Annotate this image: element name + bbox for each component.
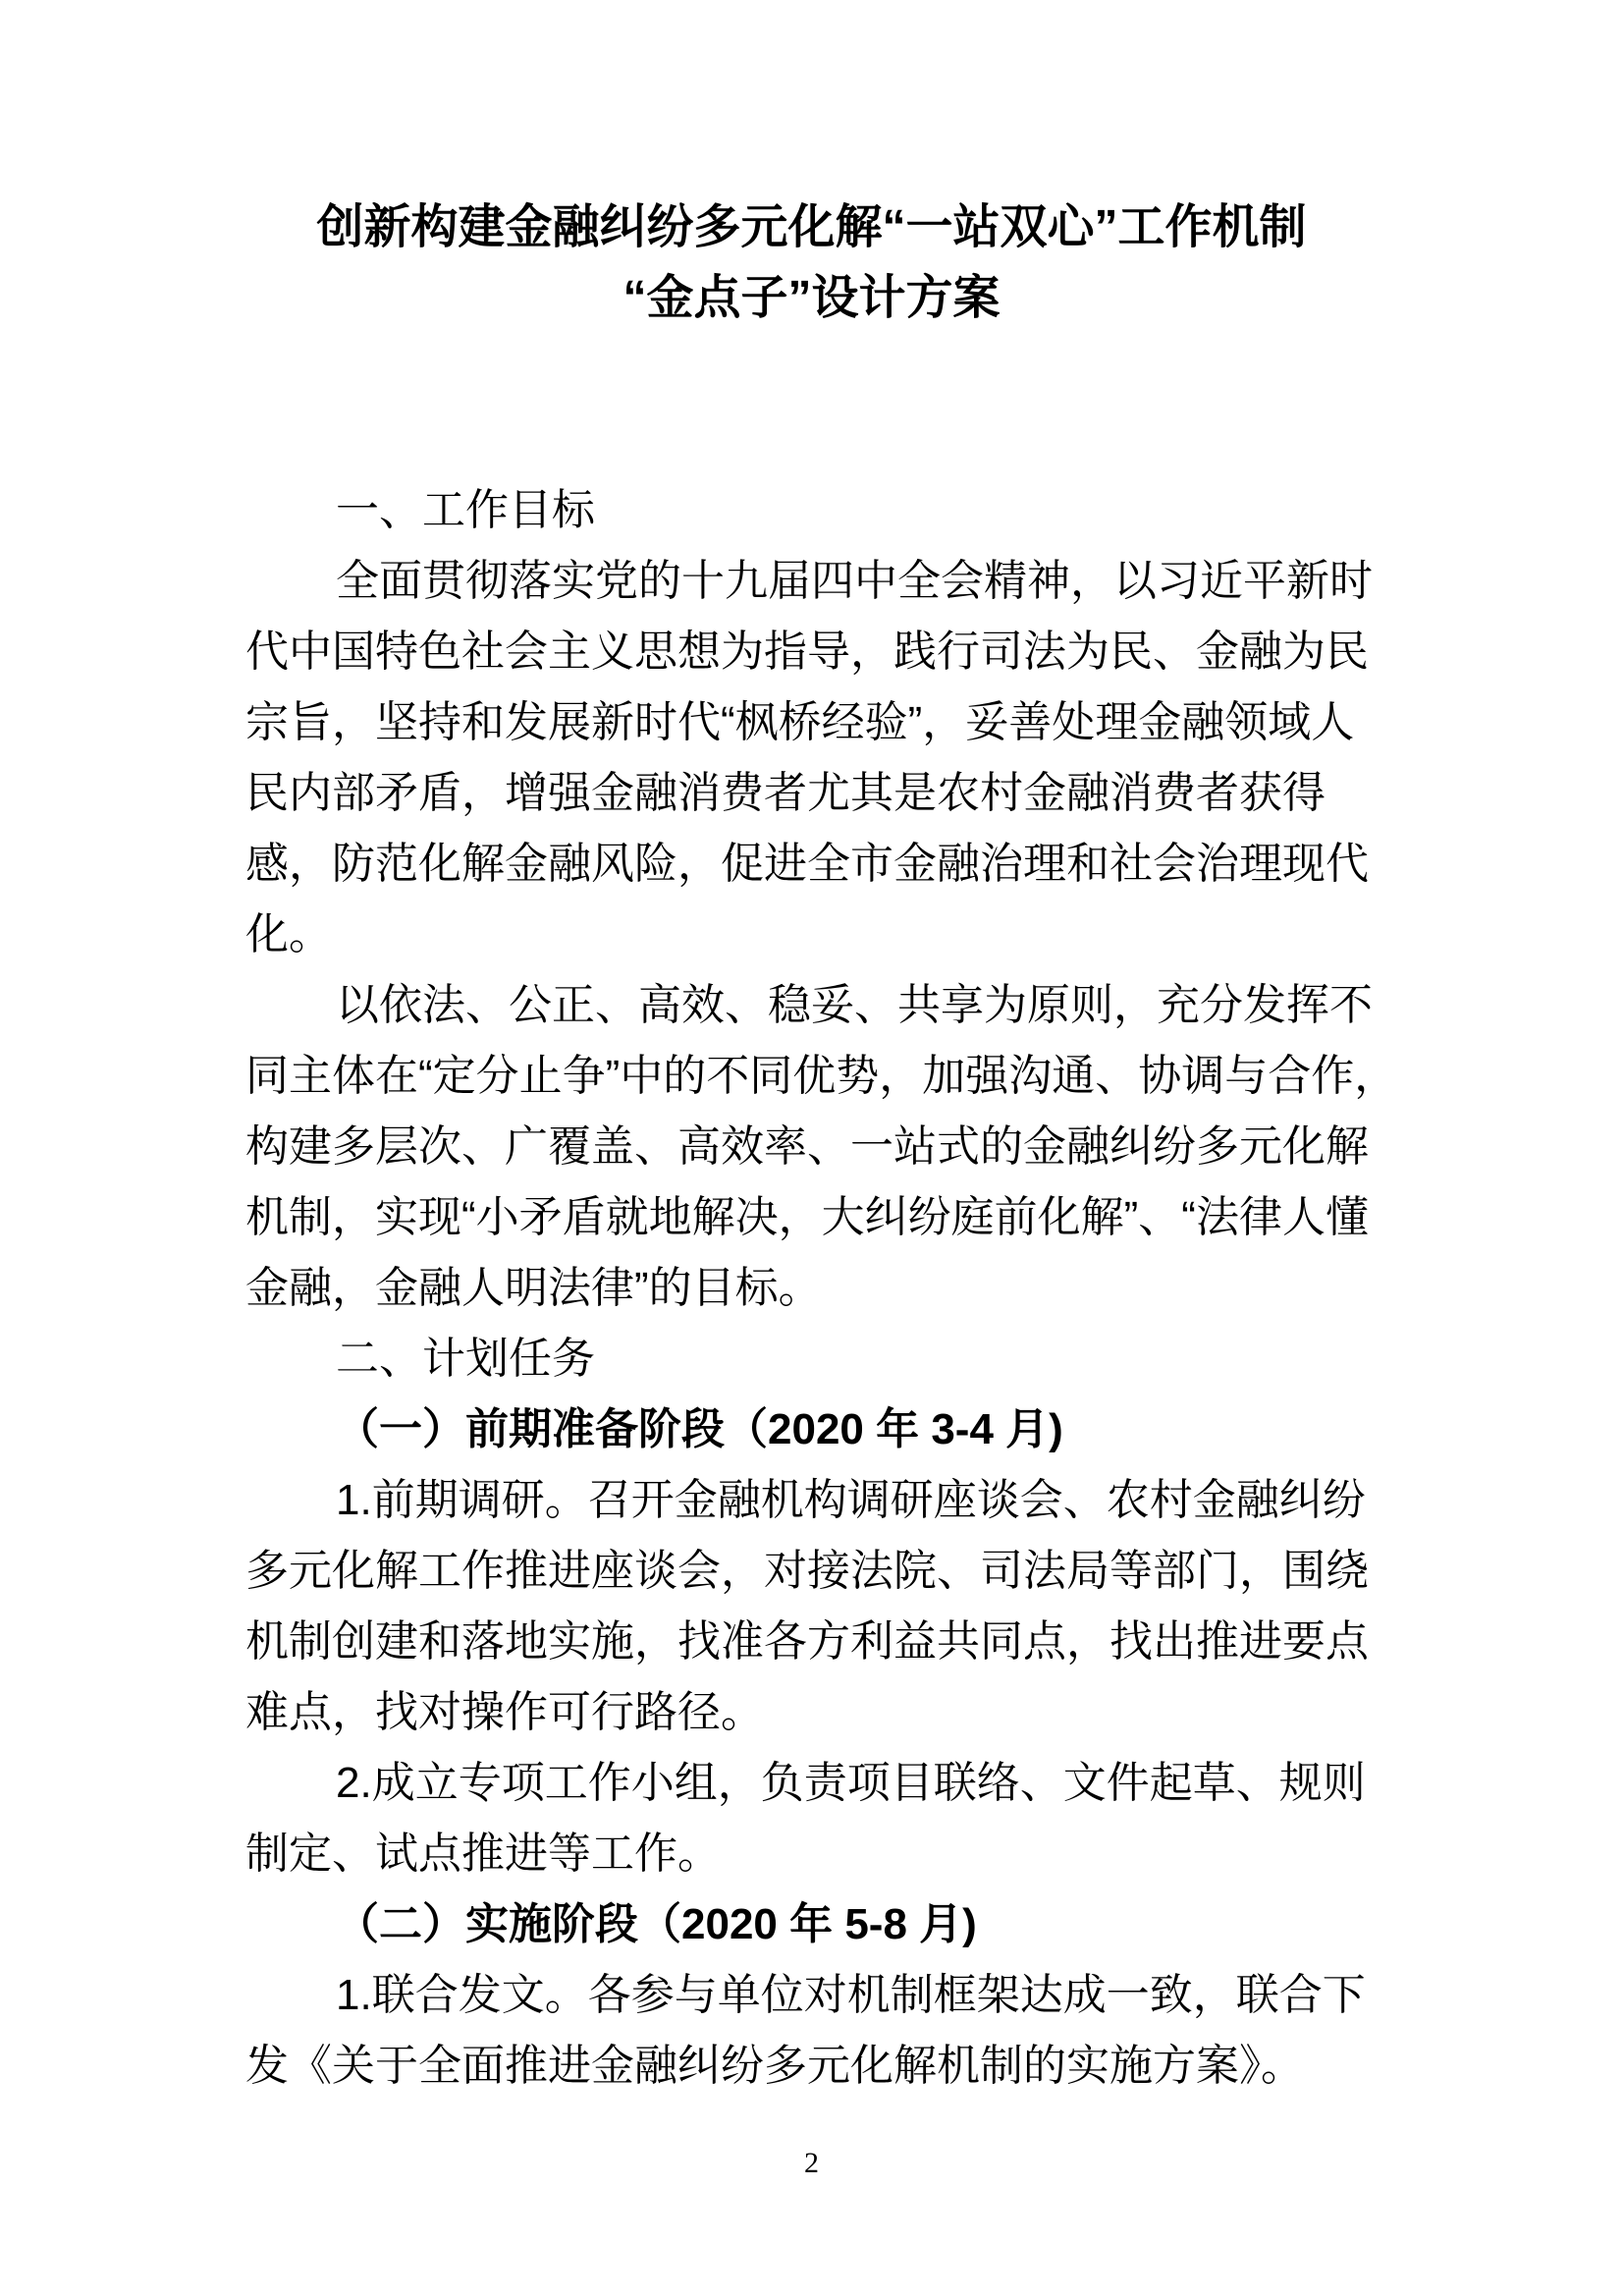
document-page: 创新构建金融纠纷多元化解“一站双心”工作机制 “金点子”设计方案 一、工作目标全… xyxy=(0,0,1623,2296)
paragraph: 以依法、公正、高效、稳妥、共享为原则，充分发挥不 同主体在“定分止争”中的不同优… xyxy=(245,970,1378,1324)
paragraph: 1.前期调研。召开金融机构调研座谈会、农村金融纠纷 多元化解工作推进座谈会，对接… xyxy=(245,1465,1378,1748)
document-title-line: 创新构建金融纠纷多元化解“一站双心”工作机制 xyxy=(245,192,1378,263)
subsection-heading: （一）前期准备阶段（2020 年 3-4 月) xyxy=(245,1394,1378,1465)
subsection-heading: （二）实施阶段（2020 年 5-8 月) xyxy=(245,1889,1378,1960)
document-content: 创新构建金融纠纷多元化解“一站双心”工作机制 “金点子”设计方案 一、工作目标全… xyxy=(245,192,1378,2102)
document-body: 一、工作目标全面贯彻落实党的十九届四中全会精神，以习近平新时 代中国特色社会主义… xyxy=(245,475,1378,2102)
paragraph: 全面贯彻落实党的十九届四中全会精神，以习近平新时 代中国特色社会主义思想为指导，… xyxy=(245,546,1378,970)
section-heading: 一、工作目标 xyxy=(245,475,1378,546)
section-heading: 二、计划任务 xyxy=(245,1324,1378,1394)
page-number: 2 xyxy=(0,2149,1623,2178)
paragraph: 1.联合发文。各参与单位对机制框架达成一致，联合下 发《关于全面推进金融纠纷多元… xyxy=(245,1960,1378,2102)
paragraph: 2.成立专项工作小组，负责项目联络、文件起草、规则 制定、试点推进等工作。 xyxy=(245,1748,1378,1889)
document-title-line: “金点子”设计方案 xyxy=(245,263,1378,334)
document-title: 创新构建金融纠纷多元化解“一站双心”工作机制 “金点子”设计方案 xyxy=(245,192,1378,334)
